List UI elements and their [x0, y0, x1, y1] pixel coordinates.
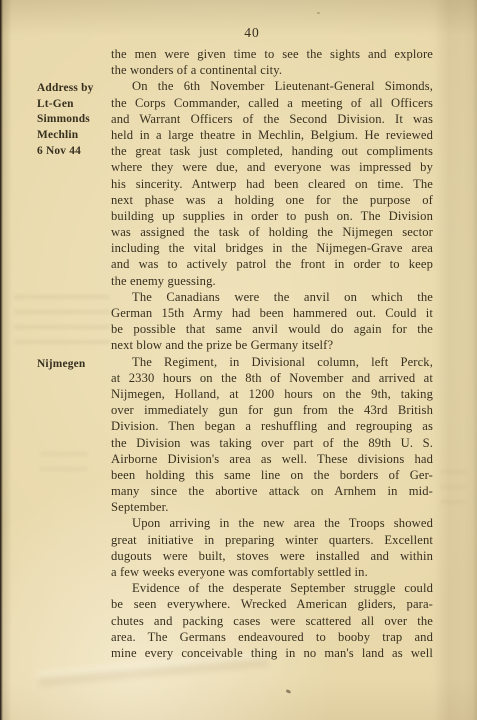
text-line: and Warrant Officers of the Second Divis… — [111, 111, 433, 127]
ink-bleedthrough-smudge — [40, 452, 88, 472]
page-curvature-shading — [435, 0, 463, 720]
text-line: including the vital bridges in the Nijme… — [111, 240, 433, 256]
text-line: The Regiment, in Divisional column, left… — [111, 354, 433, 370]
text-line: many since the abortive attack on Arnhem… — [111, 483, 433, 499]
text-line: mine every conceivable thing in no man's… — [111, 645, 433, 661]
text-line: Division. Then began a reshuffling and r… — [111, 418, 433, 434]
margin-note-line: Mechlin — [37, 128, 111, 144]
margin-note-line: Simmonds — [37, 112, 111, 128]
text-line: Airborne Division's area as well. These … — [111, 451, 433, 467]
scanned-book-page: 40 Address byLt-GenSimmondsMechlin6 Nov … — [0, 0, 477, 720]
text-line: the Division was taking over part of the… — [111, 435, 433, 451]
page-left-edge-shadow — [0, 0, 3, 720]
text-line: the great task just completed, handing o… — [111, 143, 433, 159]
text-line: chutes and packing cases were scattered … — [111, 613, 433, 629]
text-line: On the 6th November Lieutenant-General S… — [111, 78, 433, 94]
text-line: over immediately gun for gun from the 43… — [111, 402, 433, 418]
text-line: at 2330 hours on the 8th of November and… — [111, 370, 433, 386]
text-line: the Corps Commander, called a meeting of… — [111, 95, 433, 111]
paper-speck — [317, 12, 320, 14]
text-line: and was to actively patrol the front in … — [111, 256, 433, 272]
text-line: held in a large theatre in Mechlin, Belg… — [111, 127, 433, 143]
text-line: September. — [111, 499, 433, 515]
text-line: dugouts were built, stoves were installe… — [111, 548, 433, 564]
page-number: 40 — [27, 25, 477, 41]
text-line: building up supplies in order to push on… — [111, 208, 433, 224]
margin-note-address: Address byLt-GenSimmondsMechlin6 Nov 44 — [37, 81, 111, 160]
ink-bleedthrough-smudge — [14, 295, 110, 345]
ink-bleedthrough-smudge — [440, 470, 466, 510]
text-line: area. The Germans endeavoured to booby t… — [111, 629, 433, 645]
text-line: next blow and the prize be Germany itsel… — [111, 337, 433, 353]
text-line: was assigned the task of holding the Nij… — [111, 224, 433, 240]
text-line: been holding this same line on the borde… — [111, 467, 433, 483]
text-line: the enemy guessing. — [111, 273, 433, 289]
text-line: be possible that same anvil would do aga… — [111, 321, 433, 337]
paper-speck — [286, 689, 292, 694]
text-line: The Canadians were the anvil on which th… — [111, 289, 433, 305]
text-line: great initiative in preparing winter qua… — [111, 532, 433, 548]
text-line: the men were given time to see the sight… — [111, 46, 433, 62]
text-line: German 15th Army had been hammered out. … — [111, 305, 433, 321]
text-line: Evidence of the desperate September stru… — [111, 580, 433, 596]
body-text: the men were given time to see the sight… — [111, 46, 433, 661]
text-line: Nijmegen, Holland, at 1200 hours on the … — [111, 386, 433, 402]
margin-note-line: Nijmegen — [37, 357, 111, 373]
text-line: where they were due, and everyone was im… — [111, 159, 433, 175]
margin-note-line: Lt-Gen — [37, 97, 111, 113]
margin-note-nijmegen: Nijmegen — [37, 357, 111, 373]
margin-note-line: 6 Nov 44 — [37, 144, 111, 160]
text-line: Upon arriving in the new area the Troops… — [111, 515, 433, 531]
margin-note-line: Address by — [37, 81, 111, 97]
text-line: be seen everywhere. Wrecked American gli… — [111, 596, 433, 612]
text-line: his sincerity. Antwerp had been cleared … — [111, 176, 433, 192]
text-line: a few weeks everyone was comfortably set… — [111, 564, 433, 580]
text-line: next phase was a holding one for the pur… — [111, 192, 433, 208]
text-line: the wonders of a continental city. — [111, 62, 433, 78]
